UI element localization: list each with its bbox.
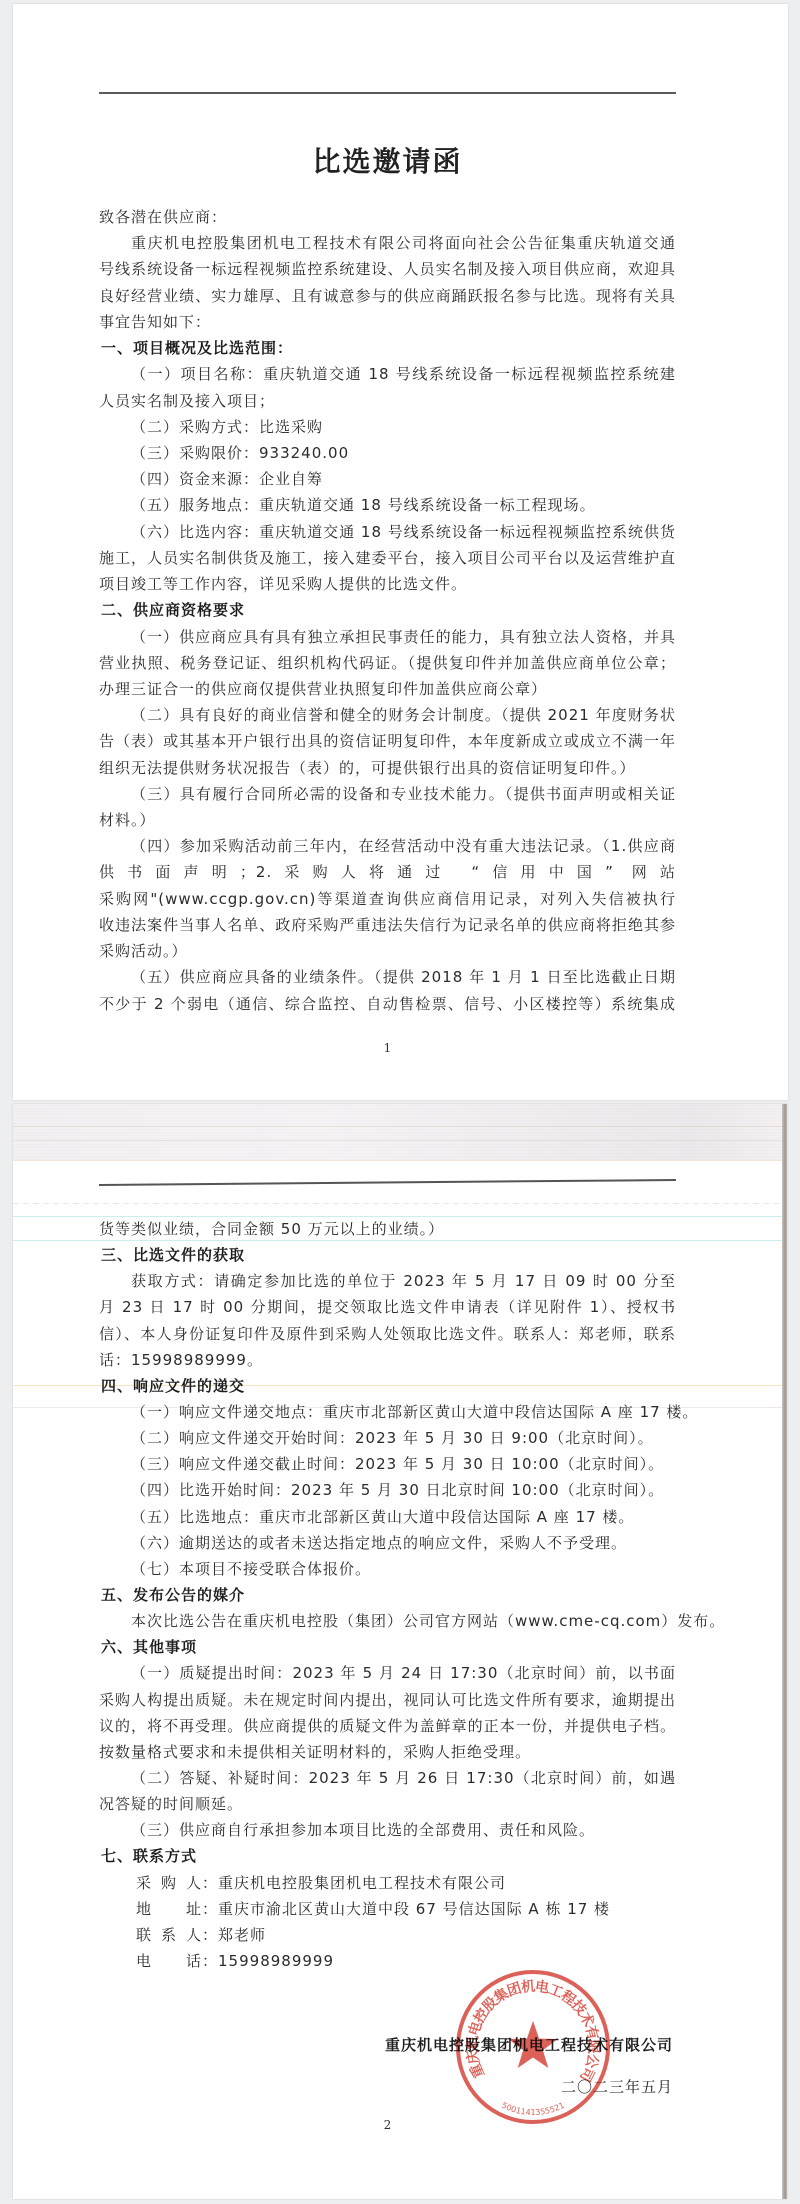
text-line: 供书面声明；2.采购人将通过 “信用中国” 网站(www.creditchina… — [99, 859, 676, 885]
text-line: 事宜告知如下： — [99, 309, 676, 335]
text-line: （二）响应文件递交开始时间：2023 年 5 月 30 日 9:00（北京时间）… — [99, 1425, 676, 1451]
section-heading: 二、供应商资格要求 — [99, 597, 676, 623]
text-line: 货等类似业绩，合同金额 50 万元以上的业绩。） — [99, 1216, 676, 1242]
section-heading: 三、比选文件的获取 — [99, 1242, 676, 1268]
scan-artifact-line — [13, 1203, 787, 1204]
colon: ： — [202, 1900, 218, 1918]
text-line: 不少于 2 个弱电（通信、综合监控、自动售检票、信号、小区楼控等）系统集成或供 — [99, 991, 676, 1017]
text-line: （二）具有良好的商业信誉和健全的财务会计制度。（提供 2021 年度财务状况报 — [99, 702, 676, 728]
text-line: （六）比选内容：重庆轨道交通 18 号线系统设备一标远程视频监控系统供货及 — [99, 519, 676, 545]
scan-texture — [13, 1104, 787, 1160]
page-number: 1 — [99, 1040, 676, 1056]
text-line: 组织无法提供财务状况报告（表）的，可提供银行出具的资信证明复印件。） — [99, 755, 676, 781]
text-line: 话：15998989999。 — [99, 1347, 676, 1373]
text-line: 按数量格式要求和未提供相关证明材料的，采购人拒绝受理。 — [99, 1739, 676, 1765]
text-line: 月 23 日 17 时 00 分期间，提交领取比选文件申请表（详见附件 1）、授… — [99, 1294, 676, 1320]
text-line: 议的，将不再受理。供应商提供的质疑文件为盖鲜章的正本一份，并提供电子档。未 — [99, 1713, 676, 1739]
section-heading: 四、响应文件的递交 — [99, 1373, 676, 1399]
text-line: 施工，人员实名制供货及施工，接入建委平台，接入项目公司平台以及运营维护直至 — [99, 545, 676, 571]
colon: ： — [202, 1952, 218, 1970]
contact-value: 重庆市渝北区黄山大道中段 67 号信达国际 A 栋 17 楼 — [218, 1900, 610, 1918]
text-line: 人员实名制及接入项目； — [99, 388, 676, 414]
scan-artifact-line — [13, 1160, 787, 1161]
salutation: 致各潜在供应商： — [99, 204, 676, 230]
text-line: 获取方式：请确定参加比选的单位于 2023 年 5 月 17 日 09 时 00… — [99, 1268, 676, 1294]
section-heading: 七、联系方式 — [99, 1843, 676, 1869]
text-line: 况答疑的时间顺延。 — [99, 1791, 676, 1817]
text-line: 项目竣工等工作内容，详见采购人提供的比选文件。 — [99, 571, 676, 597]
text-line: （五）供应商应具备的业绩条件。（提供 2018 年 1 月 1 日至比选截止日期… — [99, 964, 676, 990]
text-line: 重庆机电控股集团机电工程技术有限公司将面向社会公告征集重庆轨道交通 18 — [99, 230, 676, 256]
text-line: （二）采购方式：比选采购 — [99, 414, 676, 440]
contact-value: 郑老师 — [218, 1926, 266, 1944]
page-title: 比选邀请函 — [99, 144, 676, 180]
colon: ： — [202, 1926, 218, 1944]
section-heading: 六、其他事项 — [99, 1634, 676, 1660]
text-line: （五）服务地点：重庆轨道交通 18 号线系统设备一标工程现场。 — [99, 492, 676, 518]
text-line: （一）项目名称：重庆轨道交通 18 号线系统设备一标远程视频监控系统建设、 — [99, 361, 676, 387]
text-line: 办理三证合一的供应商仅提供营业执照复印件加盖供应商公章） — [99, 676, 676, 702]
text-line: （四）比选开始时间：2023 年 5 月 30 日北京时间 10:00（北京时间… — [99, 1477, 676, 1503]
text-line: （三）具有履行合同所必需的设备和专业技术能力。（提供书面声明或相关证明 — [99, 781, 676, 807]
text-line: （六）逾期送达的或者未送达指定地点的响应文件，采购人不予受理。 — [99, 1530, 676, 1556]
seal-code-text: 5001141355521 — [500, 2101, 566, 2117]
seal-code-text-path: 5001141355521 — [500, 2101, 566, 2117]
text-line: 号线系统设备一标远程视频监控系统建设、人员实名制及接入项目供应商，欢迎具有 — [99, 256, 676, 282]
scan-artifact-line — [13, 1126, 787, 1127]
text-line: （四）资金来源：企业自筹 — [99, 466, 676, 492]
text-line: （三）响应文件递交截止时间：2023 年 5 月 30 日 10:00（北京时间… — [99, 1451, 676, 1477]
document-page-2: 货等类似业绩，合同金额 50 万元以上的业绩。） 三、比选文件的获取 获取方式：… — [13, 1104, 787, 2199]
header-rule — [99, 1179, 676, 1186]
letter-body-continued: 货等类似业绩，合同金额 50 万元以上的业绩。） 三、比选文件的获取 获取方式：… — [99, 1216, 676, 1974]
contact-address: 地 址：重庆市渝北区黄山大道中段 67 号信达国际 A 栋 17 楼 — [99, 1896, 676, 1922]
contact-label: 采 购 人 — [136, 1870, 202, 1896]
section-heading: 一、项目概况及比选范围： — [99, 335, 676, 361]
document-page-1: 比选邀请函 致各潜在供应商： 重庆机电控股集团机电工程技术有限公司将面向社会公告… — [13, 4, 788, 1100]
text-line: 采购网"(www.ccgp.gov.cn)等渠道查询供应商信用记录，对列入失信被… — [99, 886, 676, 912]
scan-artifact-line — [13, 1140, 787, 1141]
text-line: 采购人构提出质疑。未在规定时间内提出，视同认可比选文件所有要求，逾期提出异 — [99, 1687, 676, 1713]
text-line: （三）供应商自行承担参加本项目比选的全部费用、责任和风险。 — [99, 1817, 676, 1843]
text-line: （七）本项目不接受联合体报价。 — [99, 1556, 676, 1582]
text-line: （三）采购限价：933240.00 — [99, 440, 676, 466]
contact-person: 联 系 人：郑老师 — [99, 1922, 676, 1948]
contact-label: 联 系 人 — [136, 1922, 202, 1948]
text-line: 营业执照、税务登记证、组织机构代码证。（提供复印件并加盖供应商单位公章；已 — [99, 650, 676, 676]
star-icon — [508, 2021, 557, 2068]
text-line: （一）质疑提出时间：2023 年 5 月 24 日 17:30（北京时间）前，以… — [99, 1660, 676, 1686]
text-line: （五）比选地点：重庆市北部新区黄山大道中段信达国际 A 座 17 楼。 — [99, 1504, 676, 1530]
letter-body: 致各潜在供应商： 重庆机电控股集团机电工程技术有限公司将面向社会公告征集重庆轨道… — [99, 204, 676, 1017]
text-line: （二）答疑、补疑时间：2023 年 5 月 26 日 17:30（北京时间）前，… — [99, 1765, 676, 1791]
text-line: 材料。） — [99, 807, 676, 833]
contact-purchaser: 采 购 人：重庆机电控股集团机电工程技术有限公司 — [99, 1870, 676, 1896]
contact-value: 15998989999 — [218, 1952, 334, 1970]
company-seal-stamp: 重庆机电控股集团机电工程技术有限公司 5001141355521 — [453, 1967, 613, 2127]
section-heading: 五、发布公告的媒介 — [99, 1582, 676, 1608]
text-line: （四）参加采购活动前三年内，在经营活动中没有重大违法记录。（1.供应商提 — [99, 833, 676, 859]
page-number: 2 — [99, 2117, 676, 2133]
text-line: （一）响应文件递交地点：重庆市北部新区黄山大道中段信达国际 A 座 17 楼。 — [99, 1399, 676, 1425]
text-line: 采购活动。） — [99, 938, 676, 964]
text-line: 收违法案件当事人名单、政府采购严重违法失信行为记录名单的供应商将拒绝其参与 — [99, 912, 676, 938]
text-line: 信）、本人身份证复印件及原件到采购人处领取比选文件。联系人：郑老师，联系电 — [99, 1321, 676, 1347]
contact-label: 电 话 — [136, 1948, 202, 1974]
colon: ： — [202, 1874, 218, 1892]
header-rule — [99, 92, 676, 94]
text-line: 良好经营业绩、实力雄厚、且有诚意参与的供应商踊跃报名参与比选。现将有关具体 — [99, 283, 676, 309]
text-line: 告（表）或其基本开户银行出具的资信证明复印件，本年度新成立或成立不满一年的 — [99, 728, 676, 754]
contact-value: 重庆机电控股集团机电工程技术有限公司 — [218, 1874, 506, 1892]
scan-edge-shadow — [782, 1104, 787, 2199]
text-line: 本次比选公告在重庆机电控股（集团）公司官方网站（www.cme-cq.com）发… — [99, 1608, 676, 1634]
contact-label: 地 址 — [136, 1896, 202, 1922]
text-line: （一）供应商应具有具有独立承担民事责任的能力，具有独立法人资格，并具有 — [99, 624, 676, 650]
